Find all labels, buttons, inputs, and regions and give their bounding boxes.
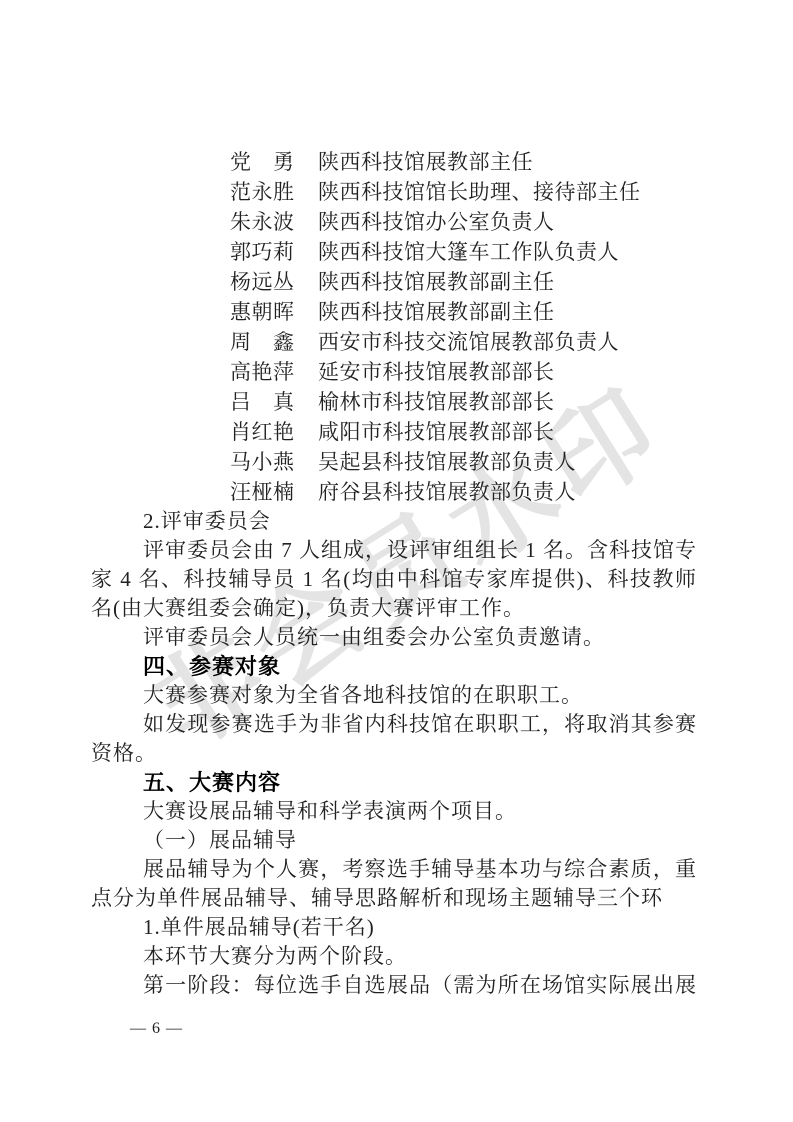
member-name: 惠朝晖 [230,297,318,327]
roster-row: 周 鑫西安市科技交流馆展教部负责人 [91,327,697,357]
roster-row: 吕 真榆林市科技馆展教部部长 [91,387,697,417]
body-line: 点分为单件展品辅导、辅导思路解析和现场主题辅导三个环节。 [91,884,697,913]
body-line: 如发现参赛选手为非省内科技馆在职职工，将取消其参赛 [91,710,697,739]
body-line: 展品辅导为个人赛，考察选手辅导基本功与综合素质，重 [91,855,697,884]
member-name: 肖红艳 [230,417,318,447]
member-name: 汪桠楠 [230,477,318,507]
body-line: 名(由大赛组委会确定)，负责大赛评审工作。 [91,594,697,623]
member-title: 陕西科技馆办公室负责人 [318,207,555,237]
member-name: 郭巧莉 [230,237,318,267]
member-title: 榆林市科技馆展教部部长 [318,387,555,417]
member-title: 咸阳市科技馆展教部部长 [318,417,555,447]
roster-row: 汪桠楠府谷县科技馆展教部负责人 [91,477,697,507]
body-line: 大赛参赛对象为全省各地科技馆的在职职工。 [91,681,697,710]
body-line: 2.评审委员会 [91,507,697,536]
body-line: 本环节大赛分为两个阶段。 [91,942,697,971]
body-line: 资格。 [91,739,697,768]
member-title: 陕西科技馆大篷车工作队负责人 [318,237,619,267]
body-line: 家 4 名、科技辅导员 1 名(均由中科馆专家库提供)、科技教师 2 [91,565,697,594]
member-title: 延安市科技馆展教部部长 [318,357,555,387]
roster-row: 高艳萍延安市科技馆展教部部长 [91,357,697,387]
roster-row: 肖红艳咸阳市科技馆展教部部长 [91,417,697,447]
body-line: 1.单件展品辅导(若干名) [91,913,697,942]
document-content: 党 勇陕西科技馆展教部主任范永胜陕西科技馆馆长助理、接待部主任朱永波陕西科技馆办… [91,147,697,1000]
member-name: 党 勇 [230,147,318,177]
document-page: 非会员水印 党 勇陕西科技馆展教部主任范永胜陕西科技馆馆长助理、接待部主任朱永波… [0,0,793,1122]
member-name: 朱永波 [230,207,318,237]
member-name: 范永胜 [230,177,318,207]
body-line: 评审委员会由 7 人组成，设评审组组长 1 名。含科技馆专 [91,536,697,565]
body-line: （一）展品辅导 [91,826,697,855]
member-name: 吕 真 [230,387,318,417]
roster-row: 朱永波陕西科技馆办公室负责人 [91,207,697,237]
page-number: — 6 — [130,1020,183,1038]
appointments-roster: 党 勇陕西科技馆展教部主任范永胜陕西科技馆馆长助理、接待部主任朱永波陕西科技馆办… [91,147,697,507]
section-heading: 五、大赛内容 [91,768,697,797]
member-title: 府谷县科技馆展教部负责人 [318,477,576,507]
body-line: 第一阶段：每位选手自选展品（需为所在场馆实际展出展 [91,971,697,1000]
member-title: 吴起县科技馆展教部负责人 [318,447,576,477]
member-name: 马小燕 [230,447,318,477]
member-name: 杨远丛 [230,267,318,297]
roster-row: 范永胜陕西科技馆馆长助理、接待部主任 [91,177,697,207]
section-heading: 四、参赛对象 [91,652,697,681]
roster-row: 党 勇陕西科技馆展教部主任 [91,147,697,177]
member-title: 陕西科技馆展教部副主任 [318,297,555,327]
member-title: 西安市科技交流馆展教部负责人 [318,327,619,357]
roster-row: 马小燕吴起县科技馆展教部负责人 [91,447,697,477]
member-title: 陕西科技馆展教部副主任 [318,267,555,297]
roster-row: 杨远丛陕西科技馆展教部副主任 [91,267,697,297]
member-title: 陕西科技馆馆长助理、接待部主任 [318,177,641,207]
member-name: 高艳萍 [230,357,318,387]
roster-row: 郭巧莉陕西科技馆大篷车工作队负责人 [91,237,697,267]
body-line: 评审委员会人员统一由组委会办公室负责邀请。 [91,623,697,652]
body-line: 大赛设展品辅导和科学表演两个项目。 [91,797,697,826]
document-body: 2.评审委员会评审委员会由 7 人组成，设评审组组长 1 名。含科技馆专家 4 … [91,507,697,1000]
member-title: 陕西科技馆展教部主任 [318,147,533,177]
member-name: 周 鑫 [230,327,318,357]
roster-row: 惠朝晖陕西科技馆展教部副主任 [91,297,697,327]
